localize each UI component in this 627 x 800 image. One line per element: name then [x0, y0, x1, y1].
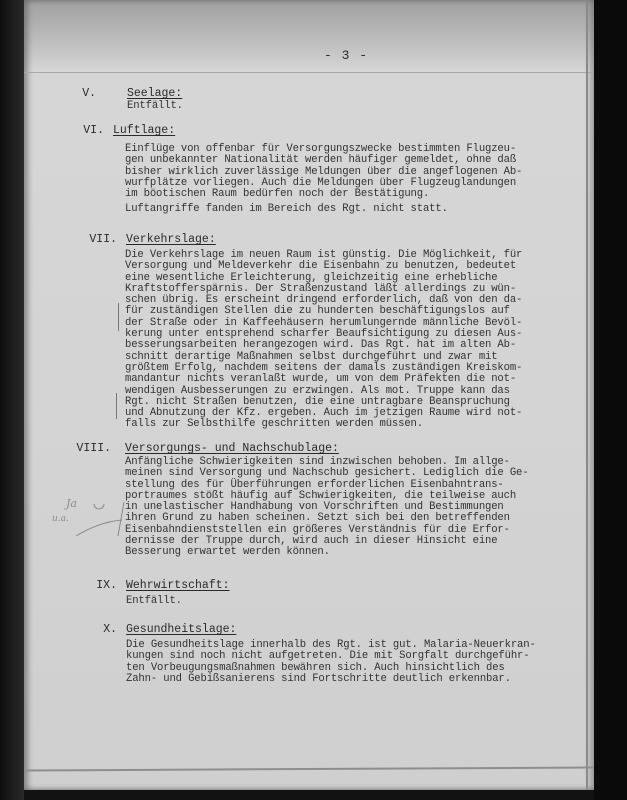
section-body: Die Verkehrslage im neuen Raum ist günst…: [125, 250, 565, 431]
scan-left-border: [0, 0, 24, 800]
section-title: Gesundheitslage:: [126, 623, 236, 636]
section-number: VI.: [4, 124, 104, 137]
body-line: Luftangriffe fanden im Bereich des Rgt. …: [125, 204, 565, 215]
section-title: Seelage:: [127, 87, 182, 100]
body-line: Zahn- und Gebißsanierens sind Fortschrit…: [126, 674, 566, 685]
body-line: Versorgung und Meldeverkehr die Eisenbah…: [125, 261, 565, 272]
section-title: Verkehrslage:: [126, 233, 216, 246]
body-line: im böotischen Raum bedürfen noch der Bes…: [125, 189, 565, 200]
section-number: VII.: [17, 233, 117, 246]
section-number: X.: [17, 623, 117, 636]
section-number: VIII.: [11, 442, 111, 455]
section-body: Anfängliche Schwierigkeiten sind inzwisc…: [125, 457, 565, 559]
margin-pencil-stroke-icon: [74, 492, 134, 542]
section-title: Versorgungs- und Nachschublage:: [125, 442, 339, 455]
section-number: V.: [0, 87, 96, 100]
section-body: Entfällt.: [126, 596, 566, 607]
body-line: gen unbekannter Nationalität werden häuf…: [125, 155, 565, 166]
fold-line: [24, 72, 594, 73]
section-body-2: Luftangriffe fanden im Bereich des Rgt. …: [125, 204, 565, 215]
bottom-fold-line: [24, 767, 594, 772]
body-line: Entfällt.: [126, 596, 566, 607]
body-line: mandantur nichts veranlaßt wurde, um von…: [125, 374, 565, 385]
page-number: - 3 -: [324, 48, 368, 63]
right-margin-rule: [586, 0, 588, 790]
section-body: Einflüge von offenbar für Versorgungszwe…: [125, 144, 565, 200]
section-title: Luftlage:: [113, 124, 175, 137]
body-line: Besserung erwartet werden können.: [125, 547, 565, 558]
margin-pencil-mark: [118, 303, 119, 331]
body-line: falls zur Selbsthilfe geschritten werden…: [125, 419, 565, 430]
page-top-shadow: [24, 0, 594, 70]
section-body: Entfällt.: [127, 101, 567, 112]
section-number: IX.: [17, 579, 117, 592]
margin-pencil-mark: [116, 393, 117, 419]
body-line: meinen sind Versorgung und Nachschub ges…: [125, 468, 565, 479]
section-body: Die Gesundheitslage innerhalb des Rgt. i…: [126, 640, 566, 685]
body-line: Entfällt.: [127, 100, 183, 112]
body-line: besserungsarbeiten herangezogen wird. Da…: [125, 340, 565, 351]
body-line: kungen sind noch nicht aufgetreten. Die …: [126, 651, 566, 662]
scan-right-border: [594, 0, 627, 800]
document-page: - 3 - V. Seelage: Entfällt. VI. Luftlage…: [24, 0, 594, 790]
section-title: Wehrwirtschaft:: [126, 579, 230, 592]
margin-note-ua: u.a.: [52, 514, 69, 524]
